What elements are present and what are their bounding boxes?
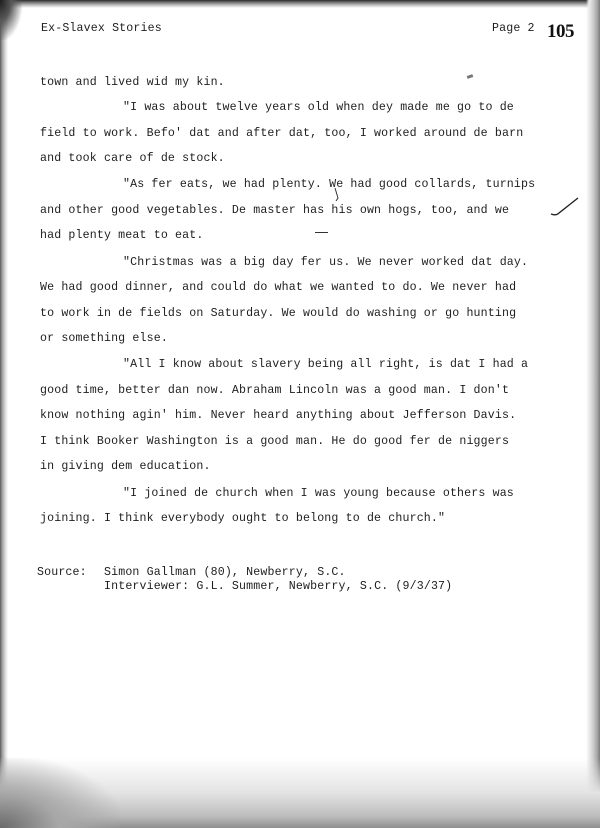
text-line: "As fer eats, we had plenty. We had good… — [123, 178, 535, 191]
source-interviewer: Interviewer: G.L. Summer, Newberry, S.C.… — [104, 580, 452, 593]
stamped-page-number: 105 — [547, 21, 574, 43]
source-informant: Simon Gallman (80), Newberry, S.C. — [104, 566, 346, 579]
scan-corner-shadow — [0, 758, 120, 828]
text-line: or something else. — [40, 332, 168, 345]
scan-edge-left — [0, 0, 8, 828]
text-line: good time, better dan now. Abraham Linco… — [40, 384, 509, 397]
scan-edge-right — [586, 0, 600, 828]
text-line: and other good vegetables. De master has… — [40, 204, 509, 217]
text-line: "Christmas was a big day fer us. We neve… — [123, 256, 528, 269]
text-line: in giving dem education. — [40, 460, 211, 473]
text-line: I think Booker Washington is a good man.… — [40, 435, 509, 448]
check-mark-icon — [550, 196, 580, 218]
text-line: know nothing agin' him. Never heard anyt… — [40, 409, 516, 422]
scan-edge-top — [0, 0, 600, 8]
pencil-dash-mark — [315, 232, 328, 233]
text-line: joining. I think everybody ought to belo… — [40, 512, 445, 525]
text-line: town and lived wid my kin. — [40, 76, 225, 89]
page-label: Page 2 — [492, 22, 535, 35]
scanned-document-page: Ex-Slavex Stories Page 2 105 town and li… — [0, 0, 600, 828]
pencil-tick-mark — [467, 74, 474, 79]
document-series-title: Ex-Slavex Stories — [41, 22, 162, 35]
scan-corner-shadow — [0, 0, 22, 40]
insertion-caret-icon — [334, 188, 340, 202]
source-label: Source: — [37, 566, 87, 579]
text-line: had plenty meat to eat. — [40, 229, 203, 242]
text-line: We had good dinner, and could do what we… — [40, 281, 516, 294]
text-line: "All I know about slavery being all righ… — [123, 358, 528, 371]
text-line: and took care of de stock. — [40, 152, 225, 165]
text-line: "I joined de church when I was young bec… — [123, 487, 514, 500]
text-line: field to work. Befo' dat and after dat, … — [40, 127, 523, 140]
text-line: "I was about twelve years old when dey m… — [123, 101, 514, 114]
text-line: to work in de fields on Saturday. We wou… — [40, 307, 516, 320]
